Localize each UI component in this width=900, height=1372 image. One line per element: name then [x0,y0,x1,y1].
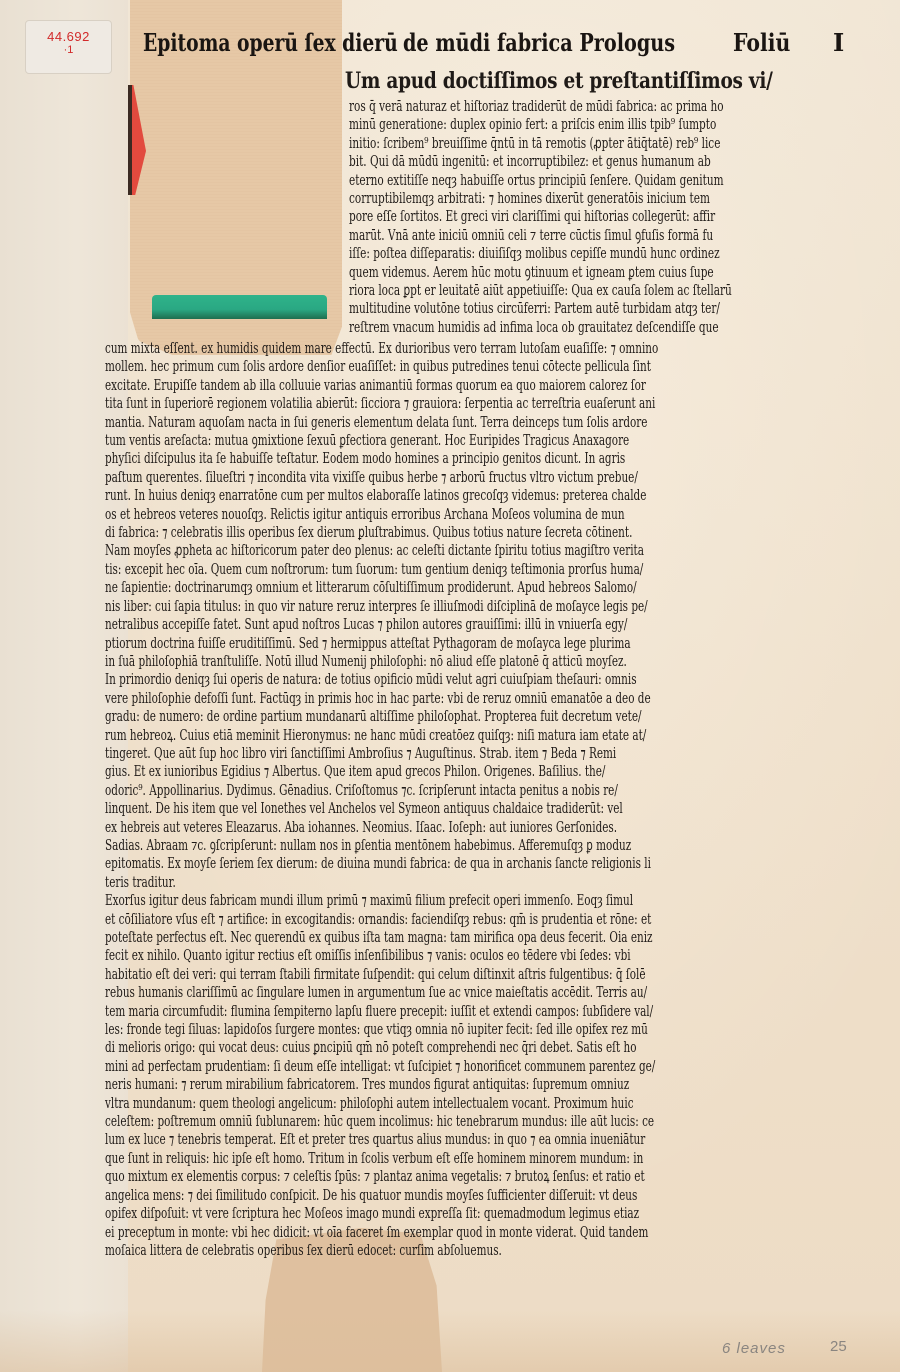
text-line: iſſe: poſtea diſſeparatis: diuiſiſqȝ mol… [349,244,696,262]
text-line: vere philoſophie defoſſi ſunt. Factūqȝ i… [105,689,616,707]
text-line: linquent. De his item que vel Ionethes v… [105,799,616,817]
text-line: paſtum querentes. ſilueſtri ⁊ incondita … [105,468,616,486]
text-line: gradu: de numero: de ordine partium mund… [105,707,616,725]
text-line: nis liber: cui ſapia titulus: in quo vir… [105,597,616,615]
text-line: tum ventis areſacta: mutua ꝯmixtione ſex… [105,431,616,449]
text-line: les: fronde tegi ſiluas: lapidoſos ſurge… [105,1020,616,1038]
text-line: marūt. Vnā ante iniciū omniū celi ⁊ terr… [349,226,696,244]
text-line: que ſunt in reliquis: hic ipſe eſt homo.… [105,1149,616,1167]
text-line: minū generatione: duplex opinio fert: a … [349,115,696,133]
accession-sub-number: ·1 [26,44,111,56]
text-line: gius. Et ex iunioribus Egidius ⁊ Albertu… [105,762,616,780]
folio-label: Foliū [733,28,790,57]
text-line: Exorſus igitur deus fabricam mundi illum… [105,891,616,909]
text-line: ex hebreis aut veteres Eleazarus. Aba io… [105,818,616,836]
text-line: opifex diſpoſuit: vt vere ſcriptura hec … [105,1204,616,1222]
text-line: os et hebreos veteres nouoſqȝ. Relictis … [105,505,616,523]
text-line: quem videmus. Aerem hūc motu ꝯtinuum et … [349,263,696,281]
text-line: pore eſſe ſortitos. Et greci viri clariſ… [349,207,696,225]
text-line: poteſtate perfectus eſt. Nec querendū ex… [105,928,616,946]
text-line: di fabrica: ⁊ celebratis illis operibus … [105,523,616,541]
text-line: riora loca ꝑpt er leuitatē aiūt appetiui… [349,281,696,299]
running-head-title-2: de mūdi fabrica Prologus [403,28,675,57]
text-line: vltra mundanum: quem theologi angelicum:… [105,1094,616,1112]
text-line: ne ſapientie: doctrinarumqȝ omnium et li… [105,578,616,596]
text-line: rum hebreoꝝ. Cuius etiā meminit Hieronym… [105,726,616,744]
text-line: moſaica littera de celebratis operibus ſ… [105,1241,616,1259]
text-line: epitomatis. Ex moyſe ſeriem ſex dierum: … [105,854,616,872]
text-line: mantia. Naturam aquoſam nacta in ſui gen… [105,413,616,431]
text-column-narrow: ros q̄ verā naturaz et hiſtoriaz tradide… [349,97,844,336]
text-line: tita ſunt in ſuperiorē regionem volatili… [105,394,616,412]
text-line: eterno extitiſſe neqȝ habuiſſe ortus pri… [349,171,696,189]
text-line: in ſuā philoſophiā tranſtuliſſe. Notū il… [105,652,616,670]
accession-number: 44.692 [26,29,111,44]
text-line: mini ad perfectam prudentiam: ſi deum eſ… [105,1057,616,1075]
opening-line: Um apud doctiſſimos et preſtantiſſimos v… [345,68,765,94]
text-line: neris humani: ⁊ rerum mirabilium fabrica… [105,1075,616,1093]
text-column-wide: cum mixta eſſent. ex humidis quidem mare… [105,339,840,1259]
text-line: angelica mens: ⁊ dei ſimilitudo conſpici… [105,1186,616,1204]
text-line: di melioris origo: qui vocat deus: cuius… [105,1038,616,1056]
text-line: tem maria circumfudit: flumina ſempitern… [105,1002,616,1020]
text-line: initio: ſcribem⁹ breuiſſime q̄ntū in tā … [349,134,696,152]
text-line: tis: excepit hec oīa. Quem cum noſtrorum… [105,560,616,578]
text-line: ptiorum doctrina fuiſſe eruditiſſimū. Se… [105,634,616,652]
text-line: rebus humanis clariſſimū ac ſingulare lu… [105,983,616,1001]
text-line: Sadias. Abraam ⁊c. ꝯſcripſerunt: nullam … [105,836,616,854]
text-line: phyſici diſcipulus ita ſe habuiſſe teſta… [105,449,616,467]
text-line: ei preceptum in monte: vbi hec didicit: … [105,1223,616,1241]
text-line: celeſtem: poſtremum omniū ſublunarem: hū… [105,1112,616,1130]
text-line: et cōſiliatore vſus eſt ⁊ artifice: in e… [105,910,616,928]
running-head: Epitoma operū ſex dierū de mūdi fabrica … [143,28,863,68]
illuminated-green-fragment-icon [152,295,327,319]
text-line: cum mixta eſſent. ex humidis quidem mare… [105,339,616,357]
pencil-annotation-number: 25 [830,1338,847,1355]
text-line: quo mixtum ex elementis corpus: ⁊ celeſt… [105,1167,616,1185]
text-line: corruptibilemqȝ arbitrati: ⁊ homines dix… [349,189,696,207]
document-page: 44.692 ·1 Epitoma operū ſex dierū de mūd… [0,0,900,1372]
text-line: ros q̄ verā naturaz et hiſtoriaz tradide… [349,97,696,115]
text-line: lum ex luce ⁊ tenebris temperat. Eſt et … [105,1130,616,1148]
text-line: teris traditur. [105,873,616,891]
accession-label: 44.692 ·1 [25,20,112,74]
text-line: tingeret. Que aūt ſup hoc libro viri ſan… [105,744,616,762]
text-line: bit. Qui dā mūdū ingenitū: et incorrupti… [349,152,696,170]
running-head-title-1: Epitoma operū ſex dierū [143,28,398,57]
text-line: In primordio deniqȝ ſui operis de natura… [105,670,616,688]
text-line: habitatio eſt dei veri: qui terram ſtabi… [105,965,616,983]
pencil-annotation: 6 leaves [722,1340,786,1357]
text-line: runt. In huius deniqȝ enarratōne cum per… [105,486,616,504]
text-line: netralibus accepiſſe fatet. Sunt apud no… [105,615,616,633]
text-line: multitudine volutōne totius circūferri: … [349,299,696,317]
text-line: Nam moyſes ꝓpheta ac hiſtoricorum pater … [105,541,616,559]
text-line: mollem. hec primum cum ſolis ardore denſ… [105,357,616,375]
text-line: reſtrem vnacum humidis ad infima loca ob… [349,318,696,336]
folio-number: I [833,28,844,57]
text-line: odoric⁹. Appollinarius. Dydimus. Gēnadiu… [105,781,616,799]
text-line: excitate. Erupiſſe tandem ab illa colluu… [105,376,616,394]
text-line: fecit ex nihilo. Quanto igitur rectius e… [105,946,616,964]
